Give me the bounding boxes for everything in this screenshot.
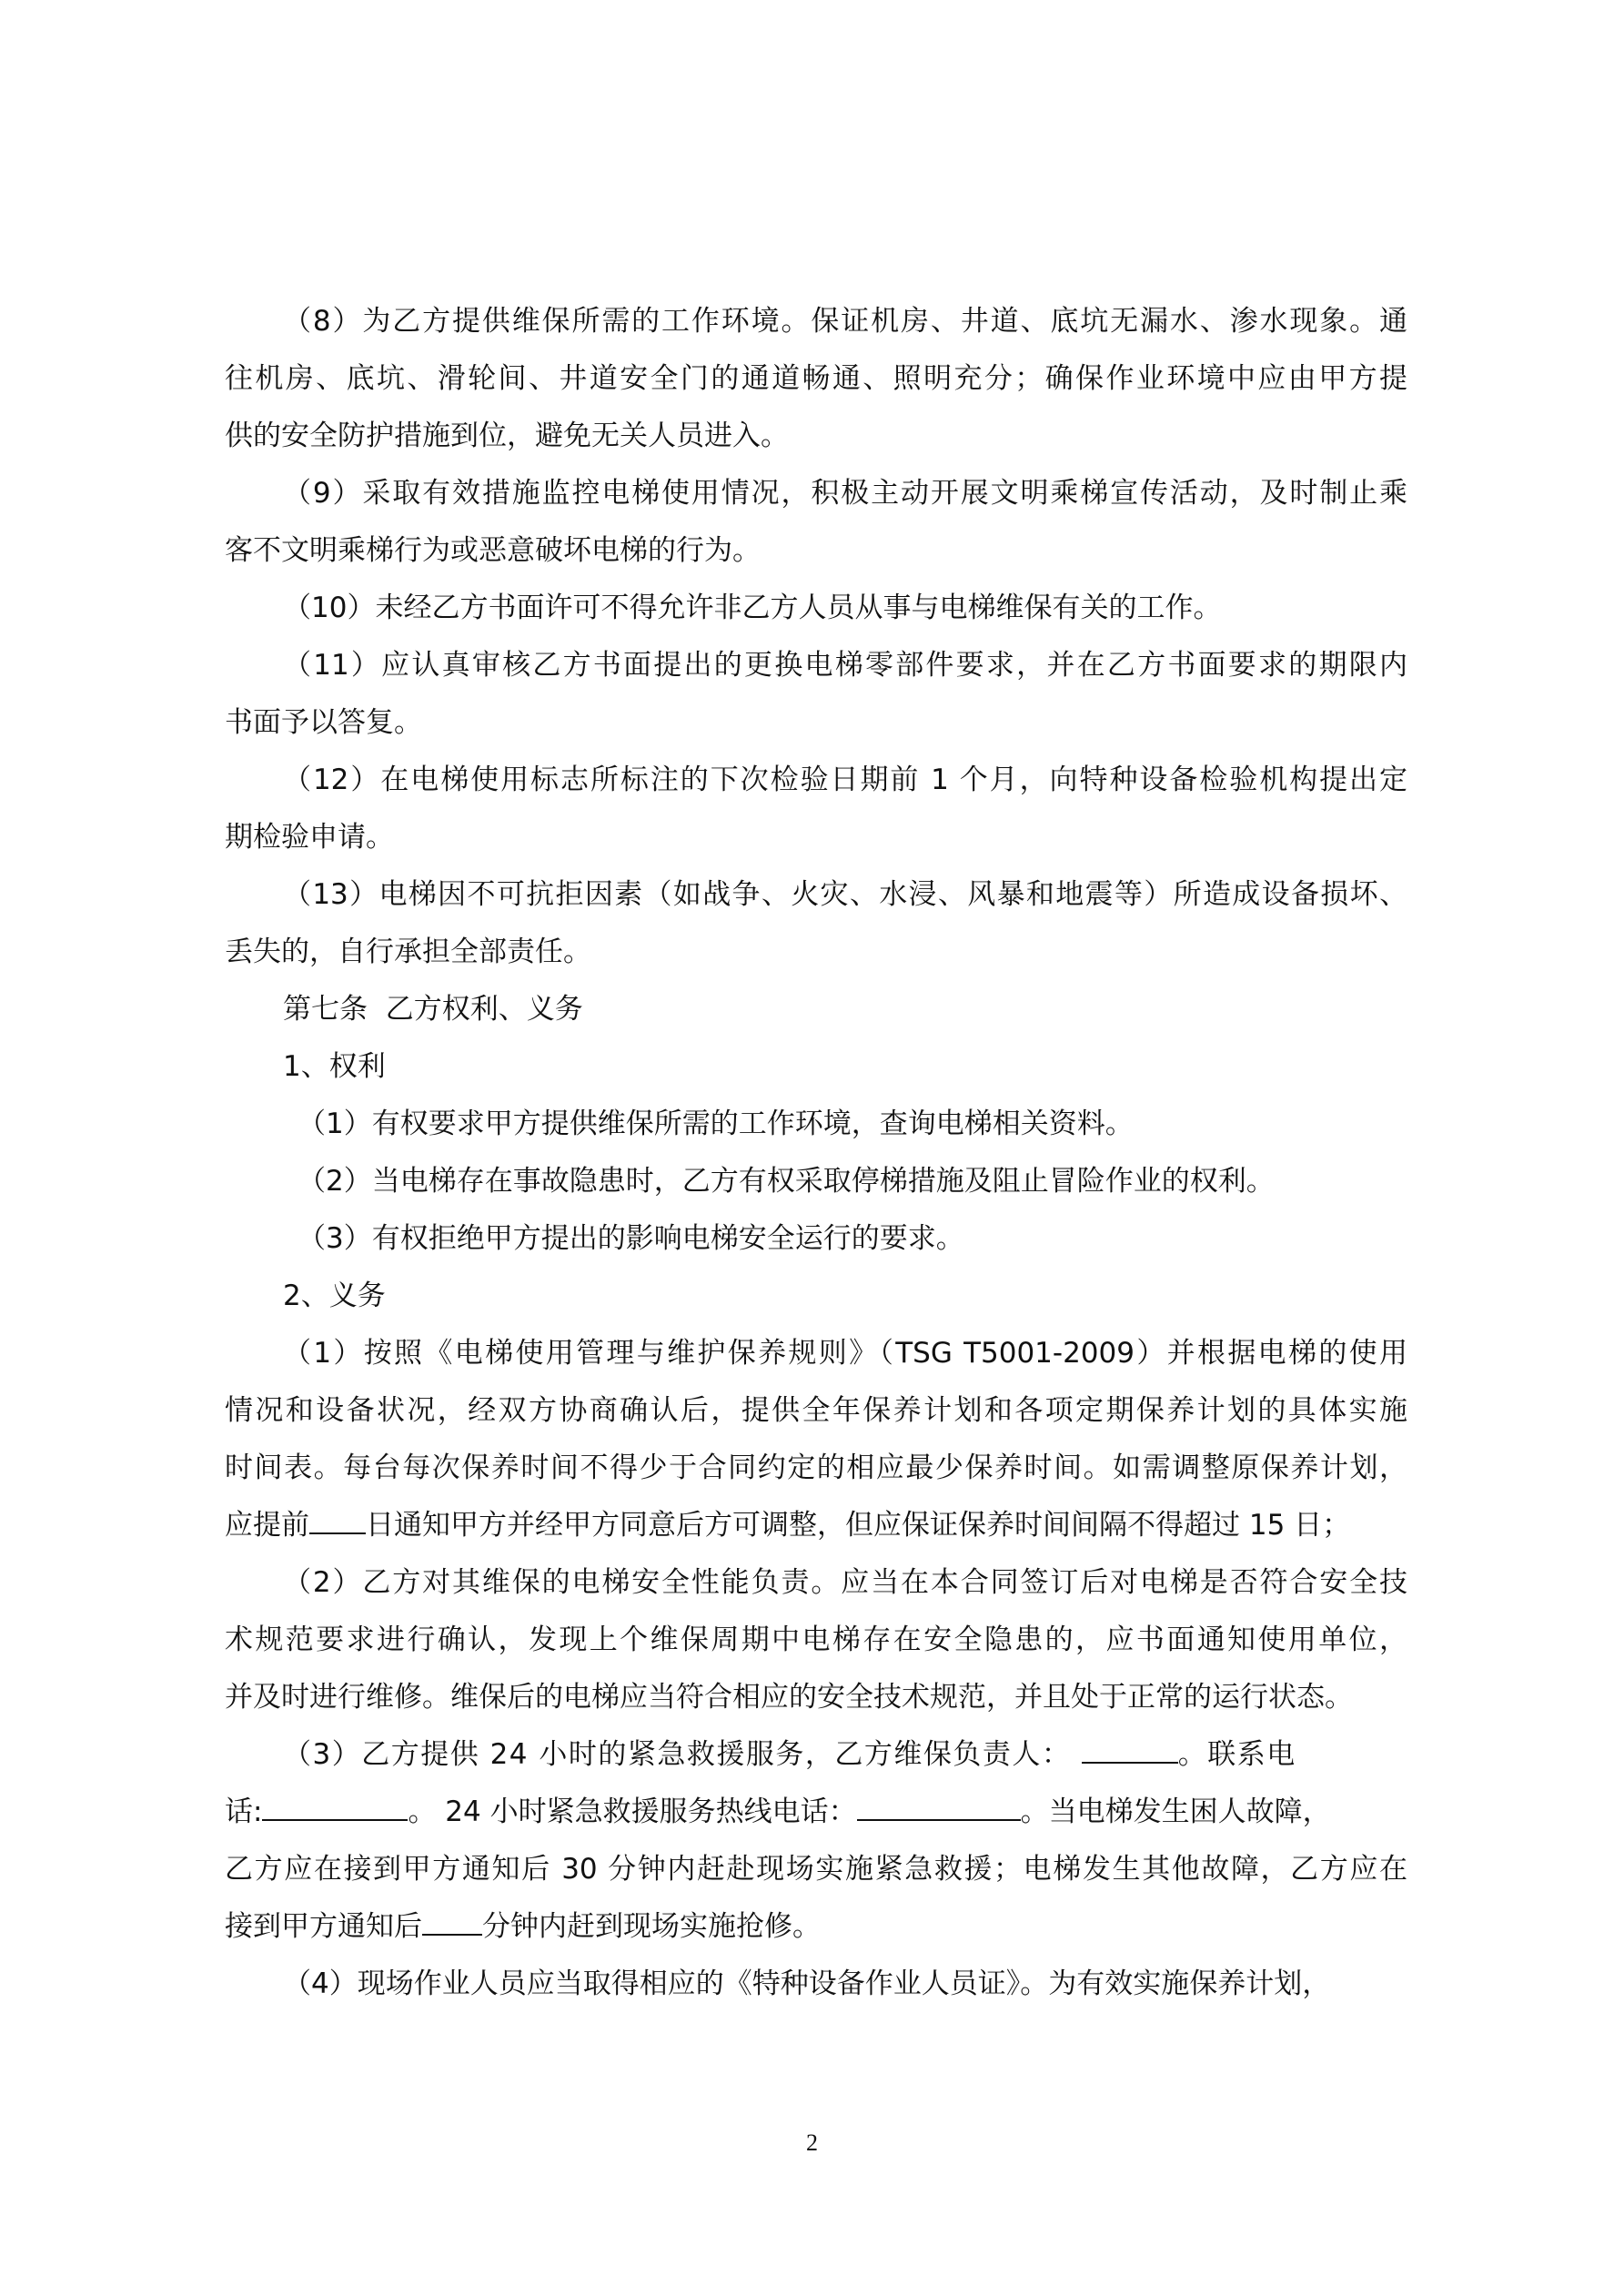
text-span: 日通知甲方并经甲方同意后方可调整，但应保证保养时间间隔不得超过 15 日；: [366, 1509, 1350, 1542]
text-span: 话:: [225, 1795, 262, 1828]
document-page: （8）为乙方提供维保所需的工作环境。保证机房、井道、底坑无漏水、渗水现象。通 往…: [0, 0, 1624, 2296]
text-line: 往机房、底坑、滑轮间、井道安全门的通道畅通、照明充分；确保作业环境中应由甲方提: [225, 350, 1407, 408]
hotline-blank-field[interactable]: [857, 1786, 1021, 1821]
text-line: 乙方应在接到甲方通知后 30 分钟内赶赴现场实施紧急救援；电梯发生其他故障，乙方…: [225, 1841, 1407, 1898]
text-line: 时间表。每台每次保养时间不得少于合同约定的相应最少保养时间。如需调整原保养计划，: [225, 1440, 1407, 1497]
text-line: 话:。 24 小时紧急救援服务热线电话：。当电梯发生困人故障，: [225, 1784, 1407, 1841]
text-line: 书面予以答复。: [225, 694, 1407, 752]
text-span: 应提前: [225, 1509, 309, 1542]
right-item-1: （1）有权要求甲方提供维保所需的工作环境，查询电梯相关资料。: [225, 1096, 1407, 1153]
page-number: 2: [0, 2129, 1624, 2157]
text-line: （11）应认真审核乙方书面提出的更换电梯零部件要求，并在乙方书面要求的期限内: [225, 637, 1407, 694]
duties-heading: 2、义务: [225, 1268, 1407, 1325]
text-line: （10）未经乙方书面许可不得允许非乙方人员从事与电梯维保有关的工作。: [225, 580, 1407, 637]
text-line: 丢失的，自行承担全部责任。: [225, 924, 1407, 981]
article-7-heading: 第七条 乙方权利、义务: [225, 981, 1407, 1038]
maintenance-lead-blank-field[interactable]: [1082, 1729, 1178, 1764]
text-line: （3）乙方提供 24 小时的紧急救援服务，乙方维保负责人： 。联系电: [225, 1726, 1407, 1784]
text-line: （4）现场作业人员应当取得相应的《特种设备作业人员证》。为有效实施保养计划，: [225, 1956, 1407, 2013]
text-span: 。 24 小时紧急救援服务热线电话：: [408, 1795, 856, 1828]
text-span: 。联系电: [1178, 1738, 1296, 1771]
clause-9: （9）采取有效措施监控电梯使用情况，积极主动开展文明乘梯宣传活动，及时制止乘 客…: [225, 465, 1407, 580]
text-line: 期检验申请。: [225, 809, 1407, 866]
clause-10: （10）未经乙方书面许可不得允许非乙方人员从事与电梯维保有关的工作。: [225, 580, 1407, 637]
duty-3: （3）乙方提供 24 小时的紧急救援服务，乙方维保负责人： 。联系电 话:。 2…: [225, 1726, 1407, 1956]
clause-12: （12）在电梯使用标志所标注的下次检验日期前 1 个月，向特种设备检验机构提出定…: [225, 752, 1407, 866]
text-span: 接到甲方通知后: [225, 1910, 422, 1943]
contact-phone-blank-field[interactable]: [262, 1786, 408, 1821]
clause-8: （8）为乙方提供维保所需的工作环境。保证机房、井道、底坑无漏水、渗水现象。通 往…: [225, 293, 1407, 465]
text-line: 应提前日通知甲方并经甲方同意后方可调整，但应保证保养时间间隔不得超过 15 日；: [225, 1497, 1407, 1554]
text-line: （8）为乙方提供维保所需的工作环境。保证机房、井道、底坑无漏水、渗水现象。通: [225, 293, 1407, 350]
clause-13: （13）电梯因不可抗拒因素（如战争、火灾、水浸、风暴和地震等）所造成设备损坏、 …: [225, 866, 1407, 981]
text-line: （13）电梯因不可抗拒因素（如战争、火灾、水浸、风暴和地震等）所造成设备损坏、: [225, 866, 1407, 924]
text-line: 接到甲方通知后分钟内赶到现场实施抢修。: [225, 1898, 1407, 1956]
duty-4: （4）现场作业人员应当取得相应的《特种设备作业人员证》。为有效实施保养计划，: [225, 1956, 1407, 2013]
text-line: （2）乙方对其维保的电梯安全性能负责。应当在本合同签订后对电梯是否符合安全技: [225, 1554, 1407, 1612]
text-line: 供的安全防护措施到位，避免无关人员进入。: [225, 408, 1407, 465]
text-line: 术规范要求进行确认，发现上个维保周期中电梯存在安全隐患的，应书面通知使用单位，: [225, 1612, 1407, 1669]
right-item-3: （3）有权拒绝甲方提出的影响电梯安全运行的要求。: [225, 1210, 1407, 1268]
days-blank-field[interactable]: [309, 1500, 366, 1534]
rights-heading: 1、权利: [225, 1038, 1407, 1096]
clause-11: （11）应认真审核乙方书面提出的更换电梯零部件要求，并在乙方书面要求的期限内 书…: [225, 637, 1407, 752]
document-body: （8）为乙方提供维保所需的工作环境。保证机房、井道、底坑无漏水、渗水现象。通 往…: [225, 293, 1407, 2013]
text-line: （9）采取有效措施监控电梯使用情况，积极主动开展文明乘梯宣传活动，及时制止乘: [225, 465, 1407, 522]
text-span: （3）乙方提供 24 小时的紧急救援服务，乙方维保负责人：: [283, 1738, 1071, 1771]
text-line: （1）按照《电梯使用管理与维护保养规则》（TSG T5001-2009）并根据电…: [225, 1325, 1407, 1382]
text-line: 客不文明乘梯行为或恶意破坏电梯的行为。: [225, 522, 1407, 580]
duty-2: （2）乙方对其维保的电梯安全性能负责。应当在本合同签订后对电梯是否符合安全技 术…: [225, 1554, 1407, 1726]
minutes-blank-field[interactable]: [422, 1901, 482, 1936]
right-item-2: （2）当电梯存在事故隐患时，乙方有权采取停梯措施及阻止冒险作业的权利。: [225, 1153, 1407, 1210]
text-span: 分钟内赶到现场实施抢修。: [482, 1910, 821, 1943]
duty-1: （1）按照《电梯使用管理与维护保养规则》（TSG T5001-2009）并根据电…: [225, 1325, 1407, 1554]
text-line: 情况和设备状况，经双方协商确认后，提供全年保养计划和各项定期保养计划的具体实施: [225, 1382, 1407, 1440]
text-line: 并及时进行维修。维保后的电梯应当符合相应的安全技术规范，并且处于正常的运行状态。: [225, 1669, 1407, 1726]
text-span: 。当电梯发生困人故障，: [1021, 1795, 1331, 1828]
text-line: （12）在电梯使用标志所标注的下次检验日期前 1 个月，向特种设备检验机构提出定: [225, 752, 1407, 809]
